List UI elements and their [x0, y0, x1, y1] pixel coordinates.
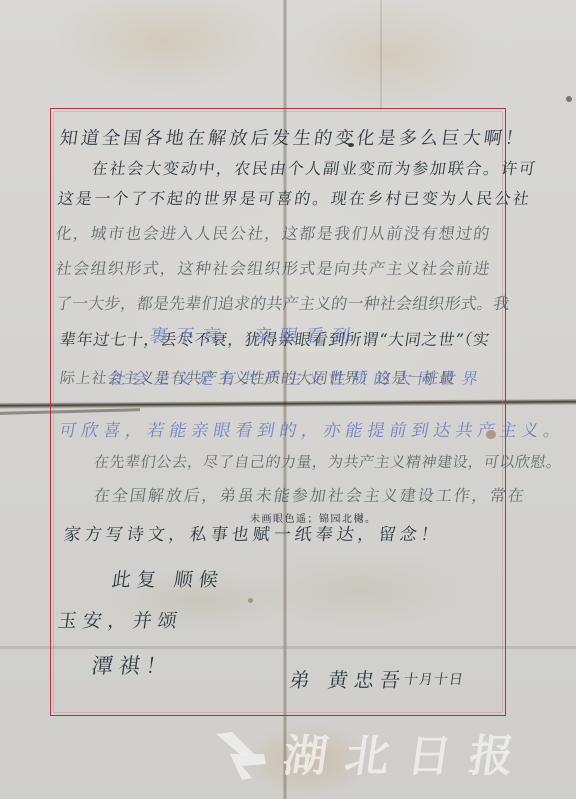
blue-pencil-annotation: 可欣喜，若能亲眼看到的，亦能提前到达共产主义。 [58, 416, 568, 441]
letter-line-4: 化，城市也会进入人民公社，这都是我们从前没有想过的 [54, 221, 492, 244]
letter-line-3: 这是一个了不起的世界是可喜的。现在乡村已变为人民公社 [56, 186, 532, 209]
letter-line-6: 了一大步，都是先辈们追求的共产主义的一种社会组织形式。我 [54, 291, 511, 314]
letter-line-10: 在全国解放后，弟虽未能参加社会主义建设工作，常在 [92, 483, 527, 506]
salutation-line-2: 潭祺！ [90, 650, 175, 680]
blue-pencil-annotation: 社会主义是有共产主义性质的大同世界 [108, 366, 486, 389]
closing-line: 此复 顺候 [110, 565, 226, 592]
salutation-line-1: 玉安，并颂 [56, 606, 185, 633]
letter-line-5: 社会组织形式，这种社会组织形式是向共产主义社会前进 [54, 256, 492, 279]
vertical-fold-crease-faint [380, 0, 382, 110]
letter-line-9: 在先辈们公去，尽了自己的力量，为共产主义精神建设，可以欣慰。 [93, 451, 564, 472]
blue-pencil-annotation: 裹不衰 亲眼看到 [148, 322, 361, 348]
letter-line-11: 家方写诗文，私事也赋一纸奉达，留念！ [62, 520, 444, 545]
watermark-text: 湖北日报 [280, 720, 537, 784]
newspaper-watermark: 湖北日报 [212, 722, 532, 782]
letter-line-1: 知道全国各地在解放后发生的变化是多么巨大啊！ [58, 124, 528, 150]
hubei-daily-logo-icon [212, 724, 268, 780]
stain-spot [248, 598, 253, 603]
date: 十月十日 [403, 669, 466, 689]
signature: 弟 黄忠吾 [288, 664, 408, 693]
ink-spot [566, 96, 572, 102]
letter-line-2: 在社会大变动中，农民由个人副业变而为参加联合。许可 [90, 156, 538, 179]
